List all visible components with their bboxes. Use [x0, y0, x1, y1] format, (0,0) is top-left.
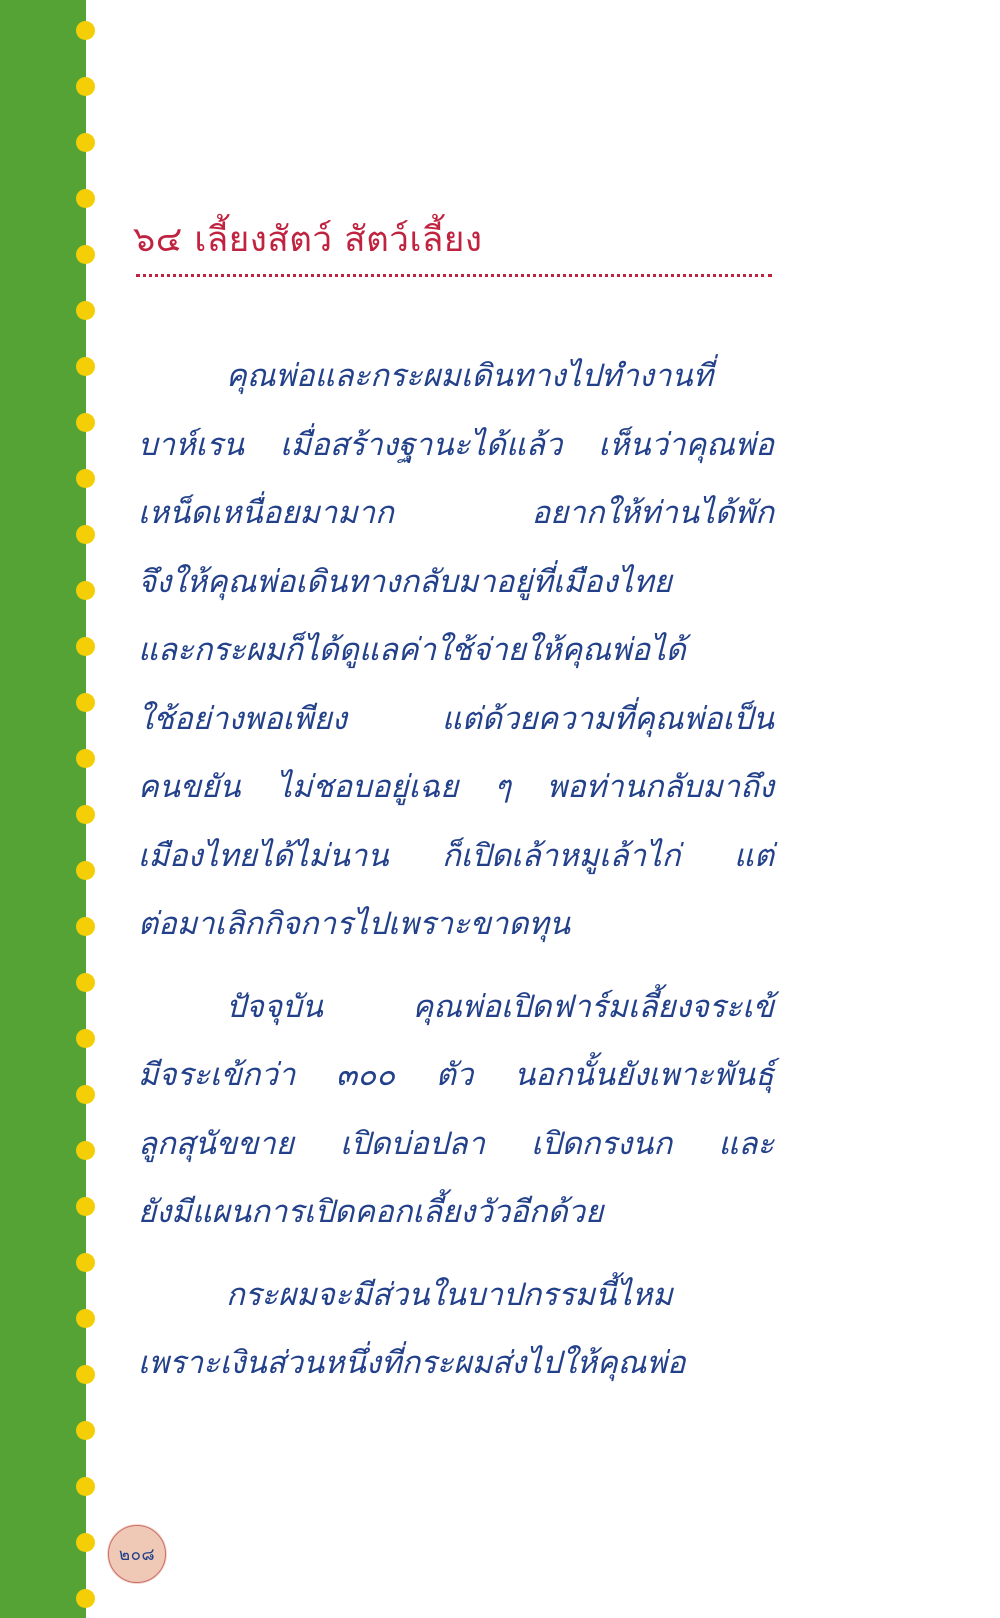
dot-icon — [76, 749, 95, 768]
paragraph-1: คุณพ่อและกระผมเดินทางไปทำงานที่ บาห์เรน … — [138, 342, 774, 959]
dot-icon — [76, 1141, 95, 1160]
dot-icon — [76, 357, 95, 376]
dot-icon — [76, 1085, 95, 1104]
dot-icon — [76, 973, 95, 992]
dot-icon — [76, 637, 95, 656]
text-line: คนขยัน ไม่ชอบอยู่เฉย ๆ พอท่านกลับมาถึง — [138, 753, 774, 822]
dot-icon — [76, 1197, 95, 1216]
dot-icon — [76, 1309, 95, 1328]
dot-icon — [76, 413, 95, 432]
text-line: ลูกสุนัขขาย เปิดบ่อปลา เปิดกรงนก และ — [138, 1110, 774, 1179]
dot-icon — [76, 1253, 95, 1272]
dot-icon — [76, 1365, 95, 1384]
text-line: จึงให้คุณพ่อเดินทางกลับมาอยู่ที่เมืองไทย — [138, 548, 774, 617]
paragraph-2: ปัจจุบัน คุณพ่อเปิดฟาร์มเลี้ยงจระเข้ มีจ… — [138, 973, 774, 1247]
dot-icon — [76, 917, 95, 936]
dot-icon — [76, 469, 95, 488]
paragraph-3: กระผมจะมีส่วนในบาปกรรมนี้ไหม เพราะเงินส่… — [138, 1261, 774, 1398]
dot-icon — [76, 1533, 95, 1552]
title-dotted-rule — [136, 274, 772, 277]
dot-icon — [76, 1477, 95, 1496]
text-line: ใช้อย่างพอเพียง แต่ด้วยความที่คุณพ่อเป็น — [138, 685, 774, 754]
dot-icon — [76, 581, 95, 600]
text-line: ต่อมาเลิกกิจการไปเพราะขาดทุน — [138, 890, 774, 959]
dot-icon — [76, 77, 95, 96]
body-text: คุณพ่อและกระผมเดินทางไปทำงานที่ บาห์เรน … — [138, 342, 774, 1398]
dot-icon — [76, 189, 95, 208]
text-line: เมืองไทยได้ไม่นาน ก็เปิดเล้าหมูเล้าไก่ แ… — [138, 822, 774, 891]
dot-icon — [76, 1589, 95, 1608]
text-line: เหน็ดเหนื่อยมามาก อยากให้ท่านได้พัก — [138, 479, 774, 548]
text-line: เพราะเงินส่วนหนึ่งที่กระผมส่งไปให้คุณพ่อ — [138, 1329, 774, 1398]
text-line: และกระผมก็ได้ดูแลค่าใช้จ่ายให้คุณพ่อได้ — [138, 616, 774, 685]
dot-icon — [76, 1421, 95, 1440]
page-number: ๒๐๘ — [119, 1541, 155, 1568]
margin-dots — [76, 0, 96, 1618]
dot-icon — [76, 1029, 95, 1048]
dot-icon — [76, 805, 95, 824]
dot-icon — [76, 245, 95, 264]
text-line: คุณพ่อและกระผมเดินทางไปทำงานที่ — [138, 342, 774, 411]
text-line: บาห์เรน เมื่อสร้างฐานะได้แล้ว เห็นว่าคุณ… — [138, 411, 774, 480]
page-number-badge: ๒๐๘ — [108, 1525, 166, 1583]
text-line: กระผมจะมีส่วนในบาปกรรมนี้ไหม — [138, 1261, 774, 1330]
dot-icon — [76, 693, 95, 712]
text-line: มีจระเข้กว่า ๓๐๐ ตัว นอกนั้นยังเพาะพันธุ… — [138, 1041, 774, 1110]
dot-icon — [76, 301, 95, 320]
dot-icon — [76, 525, 95, 544]
chapter-title: ๖๔ เลี้ยงสัตว์ สัตว์เลี้ยง — [133, 216, 482, 264]
text-line: ปัจจุบัน คุณพ่อเปิดฟาร์มเลี้ยงจระเข้ — [138, 973, 774, 1042]
margin-strip — [0, 0, 86, 1618]
dot-icon — [76, 861, 95, 880]
dot-icon — [76, 133, 95, 152]
dot-icon — [76, 21, 95, 40]
text-line: ยังมีแผนการเปิดคอกเลี้ยงวัวอีกด้วย — [138, 1178, 774, 1247]
